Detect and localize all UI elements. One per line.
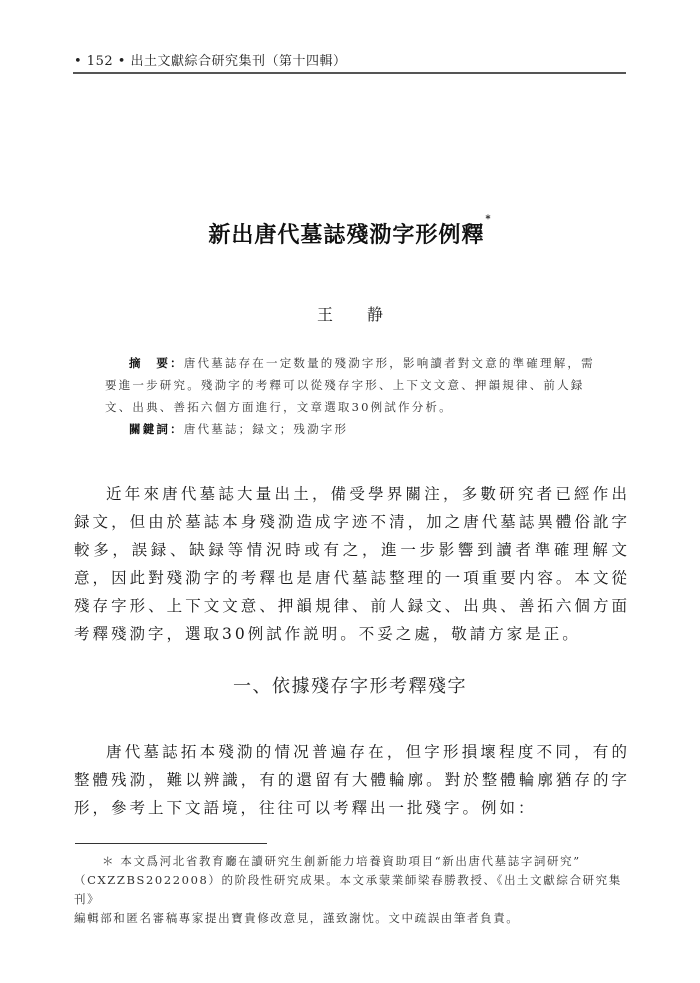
abstract-line-3: 文、出典、善拓六個方面進行，文章選取30例試作分析。 <box>105 396 595 418</box>
keywords-text: 唐代墓誌；録文；残泐字形 <box>184 422 348 436</box>
footnote-line-1: ＊ 本文爲河北省教育廳在讀研究生創新能力培養資助項目“新出唐代墓誌字詞研究” <box>74 852 630 871</box>
footnote-line-3: 編輯部和匿名審稿專家提出寶貴修改意見，謹致謝忱。文中疏誤由筆者負責。 <box>74 909 630 928</box>
author-given-name: 静 <box>367 302 383 325</box>
title-text: 新出唐代墓誌殘泐字形例釋 <box>208 222 484 248</box>
section-text: 唐代墓誌拓本殘泐的情况普遍存在，但字形損壞程度不同，有的整體残泐，難以辨識，有的… <box>74 738 630 822</box>
title-footnote-mark: * <box>485 214 491 225</box>
abstract-label: 摘 要： <box>129 356 184 370</box>
keywords-label: 關鍵詞： <box>129 422 184 436</box>
keywords: 關鍵詞：唐代墓誌；録文；残泐字形 <box>105 418 595 440</box>
footnote-rule <box>75 843 267 844</box>
abstract: 摘 要：唐代墓誌存在一定数量的殘泐字形，影响讀者對文意的準確理解，需 要進一步研… <box>105 352 595 440</box>
abstract-line-1: 摘 要：唐代墓誌存在一定数量的殘泐字形，影响讀者對文意的準確理解，需 <box>105 352 595 374</box>
abstract-text: 唐代墓誌存在一定数量的殘泐字形，影响讀者對文意的準確理解，需 <box>184 356 595 370</box>
footnote-line-2: （CXZZBS2022008）的阶段性研究成果。本文承蒙業師梁春勝教授、《出土文… <box>74 871 630 909</box>
author-surname: 王 <box>317 302 333 325</box>
author: 王静 <box>0 302 700 325</box>
section-paragraph: 唐代墓誌拓本殘泐的情况普遍存在，但字形損壞程度不同，有的整體残泐，難以辨識，有的… <box>74 738 630 822</box>
section-heading: 一、依據殘存字形考釋殘字 <box>0 672 700 698</box>
intro-paragraph: 近年來唐代墓誌大量出土，備受學界關注，多數研究者已經作出録文，但由於墓誌本身殘泐… <box>74 480 630 648</box>
header-rule <box>73 72 626 74</box>
footnote: ＊ 本文爲河北省教育廳在讀研究生創新能力培養資助項目“新出唐代墓誌字詞研究” （… <box>74 852 630 928</box>
running-head: • 152 • 出土文獻綜合研究集刊（第十四輯） <box>74 50 347 69</box>
abstract-line-2: 要進一步研究。殘泐字的考釋可以從殘存字形、上下文文意、押韻規律、前人録 <box>105 374 595 396</box>
article-title: 新出唐代墓誌殘泐字形例釋* <box>0 218 700 249</box>
intro-text: 近年來唐代墓誌大量出土，備受學界關注，多數研究者已經作出録文，但由於墓誌本身殘泐… <box>74 480 630 648</box>
